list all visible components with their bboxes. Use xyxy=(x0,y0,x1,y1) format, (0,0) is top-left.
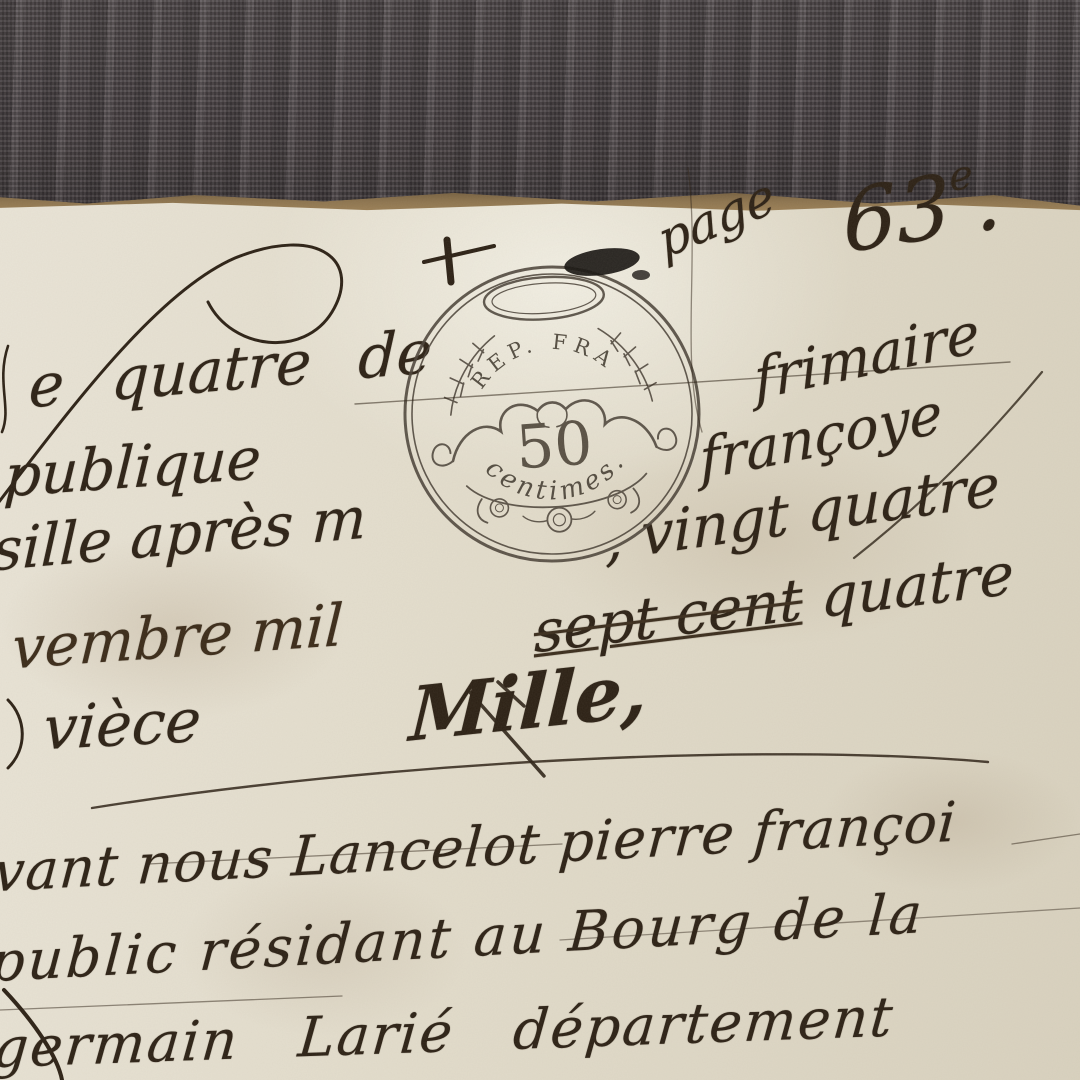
page-number-period: . xyxy=(972,148,1004,253)
stamp-cartouche xyxy=(483,273,606,323)
page-number-digits: 63 xyxy=(840,156,953,274)
revenue-stamp: REP. FRA. 50 centimes. xyxy=(385,247,718,580)
handwriting-line: vièce xyxy=(41,686,203,765)
photo-of-manuscript: { "page_header": { "word": "page", "numb… xyxy=(0,0,1080,1080)
page-number-ordinal: e xyxy=(948,151,974,201)
rose-icon xyxy=(547,507,573,533)
